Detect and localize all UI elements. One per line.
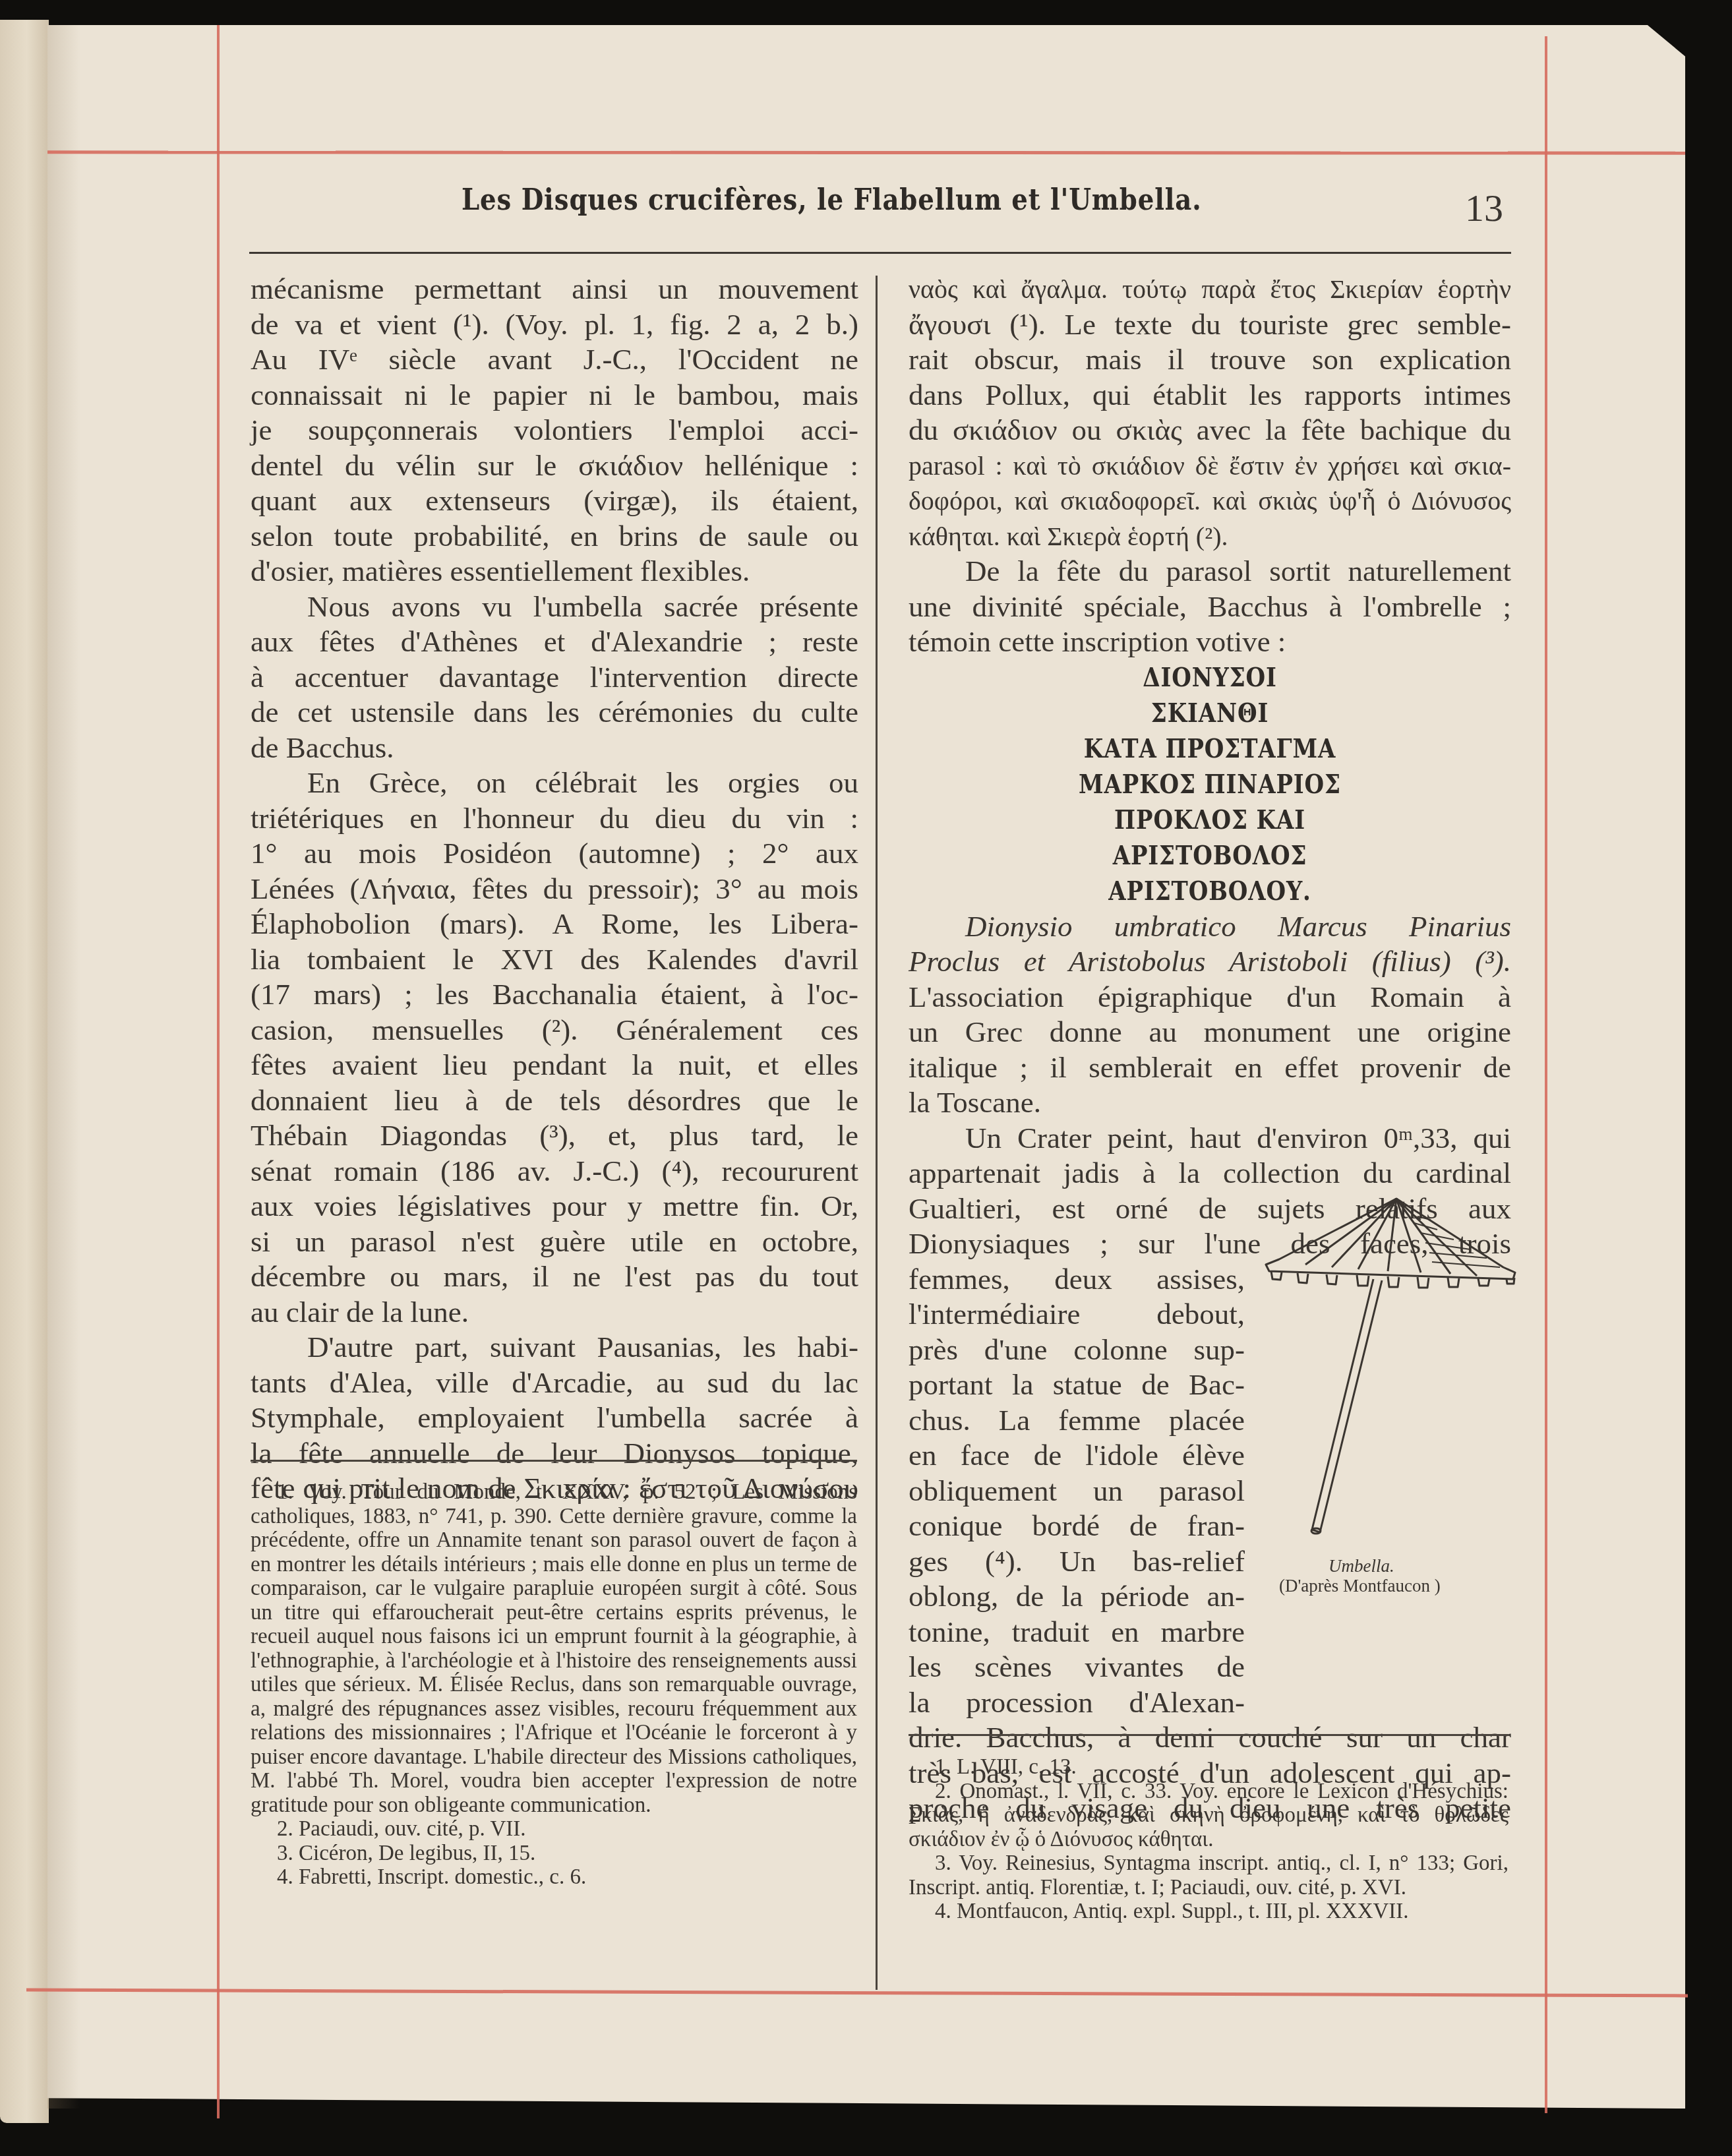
text-line: lia tombaient le XVI des Kalendes d'avri… [251,942,858,978]
running-title: Les Disques crucifères, le Flabellum et … [462,183,1228,217]
inscription-line: ΜΑΡΚΟΣ ΠΙΝΑΡΙΟΣ [954,767,1466,802]
text-line: l'intermédiaire debout, [909,1297,1245,1333]
text-line: Élaphobolion (mars). A Rome, les Libera- [251,907,858,942]
paragraph-start: Un Crater peint, haut d'environ 0ᵐ,33, q… [909,1121,1511,1156]
paragraph-start: De la fête du parasol sortit naturelleme… [909,554,1511,589]
gutter-shadow [47,25,80,2109]
footnote-4: 4. Fabretti, Inscript. domestic., c. 6. [251,1865,857,1890]
inscription-line: ΠΡΟΚΛΟΣ ΚΑΙ [954,802,1466,838]
text-line: selon toute probabilité, en brins de sau… [251,519,858,554]
umbrella-illustration-icon [1253,1180,1523,1556]
text-wrapped-around-figure: femmes, deux assises, l'intermédiaire de… [909,1262,1245,1721]
footnote-1: 1. Voy. Tour du Monde, t. XXXV, p. 52 ; … [251,1480,857,1817]
text-line: dans Pollux, qui établit les rapports in… [909,378,1511,413]
text-line: aux fêtes d'Athènes et d'Alexandrie ; re… [251,624,858,660]
inscription-line: ΑΡΙΣΤΟΒΟΛΟΥ. [954,874,1466,909]
text-line: de va et vient (¹). (Voy. pl. 1, fig. 2 … [251,307,858,343]
figure-caption-title: Umbella. [1329,1556,1394,1576]
inscription-line: ΔΙΟΝΥΣΟΙ [954,660,1466,696]
paragraph-start: D'autre part, suivant Pausanias, les hab… [251,1330,858,1365]
text-line: sénat romain (186 av. J.-C.) (⁴), recour… [251,1154,858,1189]
text-line: rait obscur, mais il trouve son explicat… [909,342,1511,378]
footnote-3: 3. Voy. Reinesius, Syntagma inscript. an… [909,1851,1508,1900]
footnote-4: 4. Montfaucon, Antiq. expl. Suppl., t. I… [909,1900,1508,1924]
footnote-rule-right [909,1734,1508,1736]
text-line: je soupçonnerais volontiers l'emploi acc… [251,413,858,448]
text-line: triétériques en l'honneur du dieu du vin… [251,801,858,837]
text-line: du σκιάδιον ou σκιὰς avec la fête bachiq… [909,413,1511,448]
text-line: ges (⁴). Un bas-relief [909,1544,1245,1580]
text-line: conique bordé de fran- [909,1509,1245,1544]
text-line: ἄγουσι (¹). Le texte du touriste grec se… [909,307,1511,343]
text-line: en face de l'idole élève [909,1438,1245,1474]
text-line: connaissait ni le papier ni le bambou, m… [251,378,858,413]
text-line: au clair de la lune. [251,1295,858,1331]
text-line: décembre ou mars, il ne l'est pas du tou… [251,1259,858,1295]
text-line: Stymphale, employaient l'umbella sacrée … [251,1400,858,1436]
text-line: aux voies législatives pour y mettre fin… [251,1189,858,1224]
text-line: tants d'Alea, ville d'Arcadie, au sud du… [251,1365,858,1401]
left-footnotes: 1. Voy. Tour du Monde, t. XXXV, p. 52 ; … [251,1480,857,1890]
text-line: près d'une colonne sup- [909,1333,1245,1368]
greek-text-line: δοφόροι, καὶ σκιαδοφορεῖ. καὶ σκιὰς ὑφ'ἧ… [909,483,1511,519]
text-line: de cet ustensile dans les cérémonies du … [251,695,858,731]
text-line: à accentuer davantage l'intervention dir… [251,660,858,696]
text-line: une divinité spéciale, Bacchus à l'ombre… [909,589,1511,625]
votive-inscription: ΔΙΟΝΥΣΟΙ ΣΚΙΑΝΘΙ ΚΑΤΑ ΠΡΟΣΤΑΓΜΑ ΜΑΡΚΟΣ Π… [909,660,1511,909]
text-line: mécanisme permettant ainsi un mouvement [251,272,858,307]
text-line: témoin cette inscription votive : [909,624,1511,660]
text-line: Thébain Diagondas (³), et, plus tard, le [251,1118,858,1154]
inscription-line: ΑΡΙΣΤΟΒΟΛΟΣ [954,838,1466,874]
header-rule [249,252,1511,254]
text-line: tonine, traduit en marbre [909,1615,1245,1650]
text-line: de Bacchus. [251,731,858,766]
text-line: la procession d'Alexan- [909,1685,1245,1721]
text-line: chus. La femme placée [909,1403,1245,1439]
paragraph-start: En Grèce, on célébrait les orgies ou [251,765,858,801]
greek-text-line: κάθηται. καὶ Σκιερὰ ἑορτή (²). [909,519,1511,554]
text-line: la Toscane. [909,1085,1511,1121]
text-line: obliquement un parasol [909,1474,1245,1509]
text-line: un Grec donne au monument une origine [909,1015,1511,1050]
right-footnotes: 1. L. VIII, c. 13. 2. Onomast., l. VII, … [909,1755,1508,1924]
text-line: quant aux extenseurs (virgæ), ils étaien… [251,483,858,519]
book-spine-edge [0,20,49,2123]
greek-text-line: ναὸς καὶ ἄγαλμα. τούτῳ παρὰ ἔτος Σκιερία… [909,272,1511,307]
footnote-2: 2. Paciaudi, ouv. cité, p. VII. [251,1817,857,1842]
text-line: casion, mensuelles (²). Généralement ces [251,1013,858,1048]
page-number: 13 [1465,186,1503,230]
left-column-body: mécanisme permettant ainsi un mouvement … [251,272,858,1507]
text-line: la fête annuelle de leur Dionysos topiqu… [251,1436,858,1472]
text-line: 1° au mois Posidéon (automne) ; 2° aux [251,836,858,872]
text-line: d'osier, matières essentiellement flexib… [251,554,858,589]
paragraph-start: Nous avons vu l'umbella sacrée présente [251,589,858,625]
text-line: donnaient lieu à de tels désordres que l… [251,1083,858,1119]
latin-translation-line: Dionysio umbratico Marcus Pinarius [909,909,1511,945]
text-line: femmes, deux assises, [909,1262,1245,1298]
figure-caption-source: (D'après Montfaucon ) [1279,1576,1441,1596]
text-line: Au IVᵉ siècle avant J.-C., l'Occident ne [251,342,858,378]
text-line: L'association épigraphique d'un Romain à [909,980,1511,1015]
text-line: drie. Bacchus, à demi couché sur un char [909,1720,1511,1756]
footnote-rule-left [251,1460,857,1462]
text-line: Lénées (Λήναια, fêtes du pressoir); 3° a… [251,872,858,907]
text-line: dentel du vélin sur le σκιάδιον helléniq… [251,448,858,484]
footnote-1: 1. L. VIII, c. 13. [909,1755,1508,1780]
text-line: portant la statue de Bac- [909,1367,1245,1403]
inscription-line: ΣΚΙΑΝΘΙ [954,696,1466,731]
text-line: fêtes avaient lieu pendant la nuit, et e… [251,1048,858,1083]
text-line: si un parasol n'est guère utile en octob… [251,1224,858,1260]
red-rule-left [217,25,220,2118]
column-divider [876,276,878,1990]
footnote-2: 2. Onomast., l. VII, c. 33. Voy. encore … [909,1780,1508,1852]
text-line: (17 mars) ; les Bacchanalia étaient, à l… [251,977,858,1013]
latin-translation-line: Proclus et Aristobolus Aristoboli (filiu… [909,944,1511,980]
text-line: les scènes vivantes de [909,1650,1245,1685]
text-line: parasol : καὶ τὸ σκιάδιον δὲ ἔστιν ἐν χρ… [909,448,1511,484]
text-line: oblong, de la période an- [909,1579,1245,1615]
red-rule-right [1545,36,1547,2113]
text-line: italique ; il semblerait en effet proven… [909,1050,1511,1086]
umbella-figure: Umbella. (D'après Montfaucon ) [1253,1180,1523,1602]
footnote-3: 3. Cicéron, De legibus, II, 15. [251,1842,857,1866]
inscription-line: ΚΑΤΑ ΠΡΟΣΤΑΓΜΑ [954,731,1466,767]
